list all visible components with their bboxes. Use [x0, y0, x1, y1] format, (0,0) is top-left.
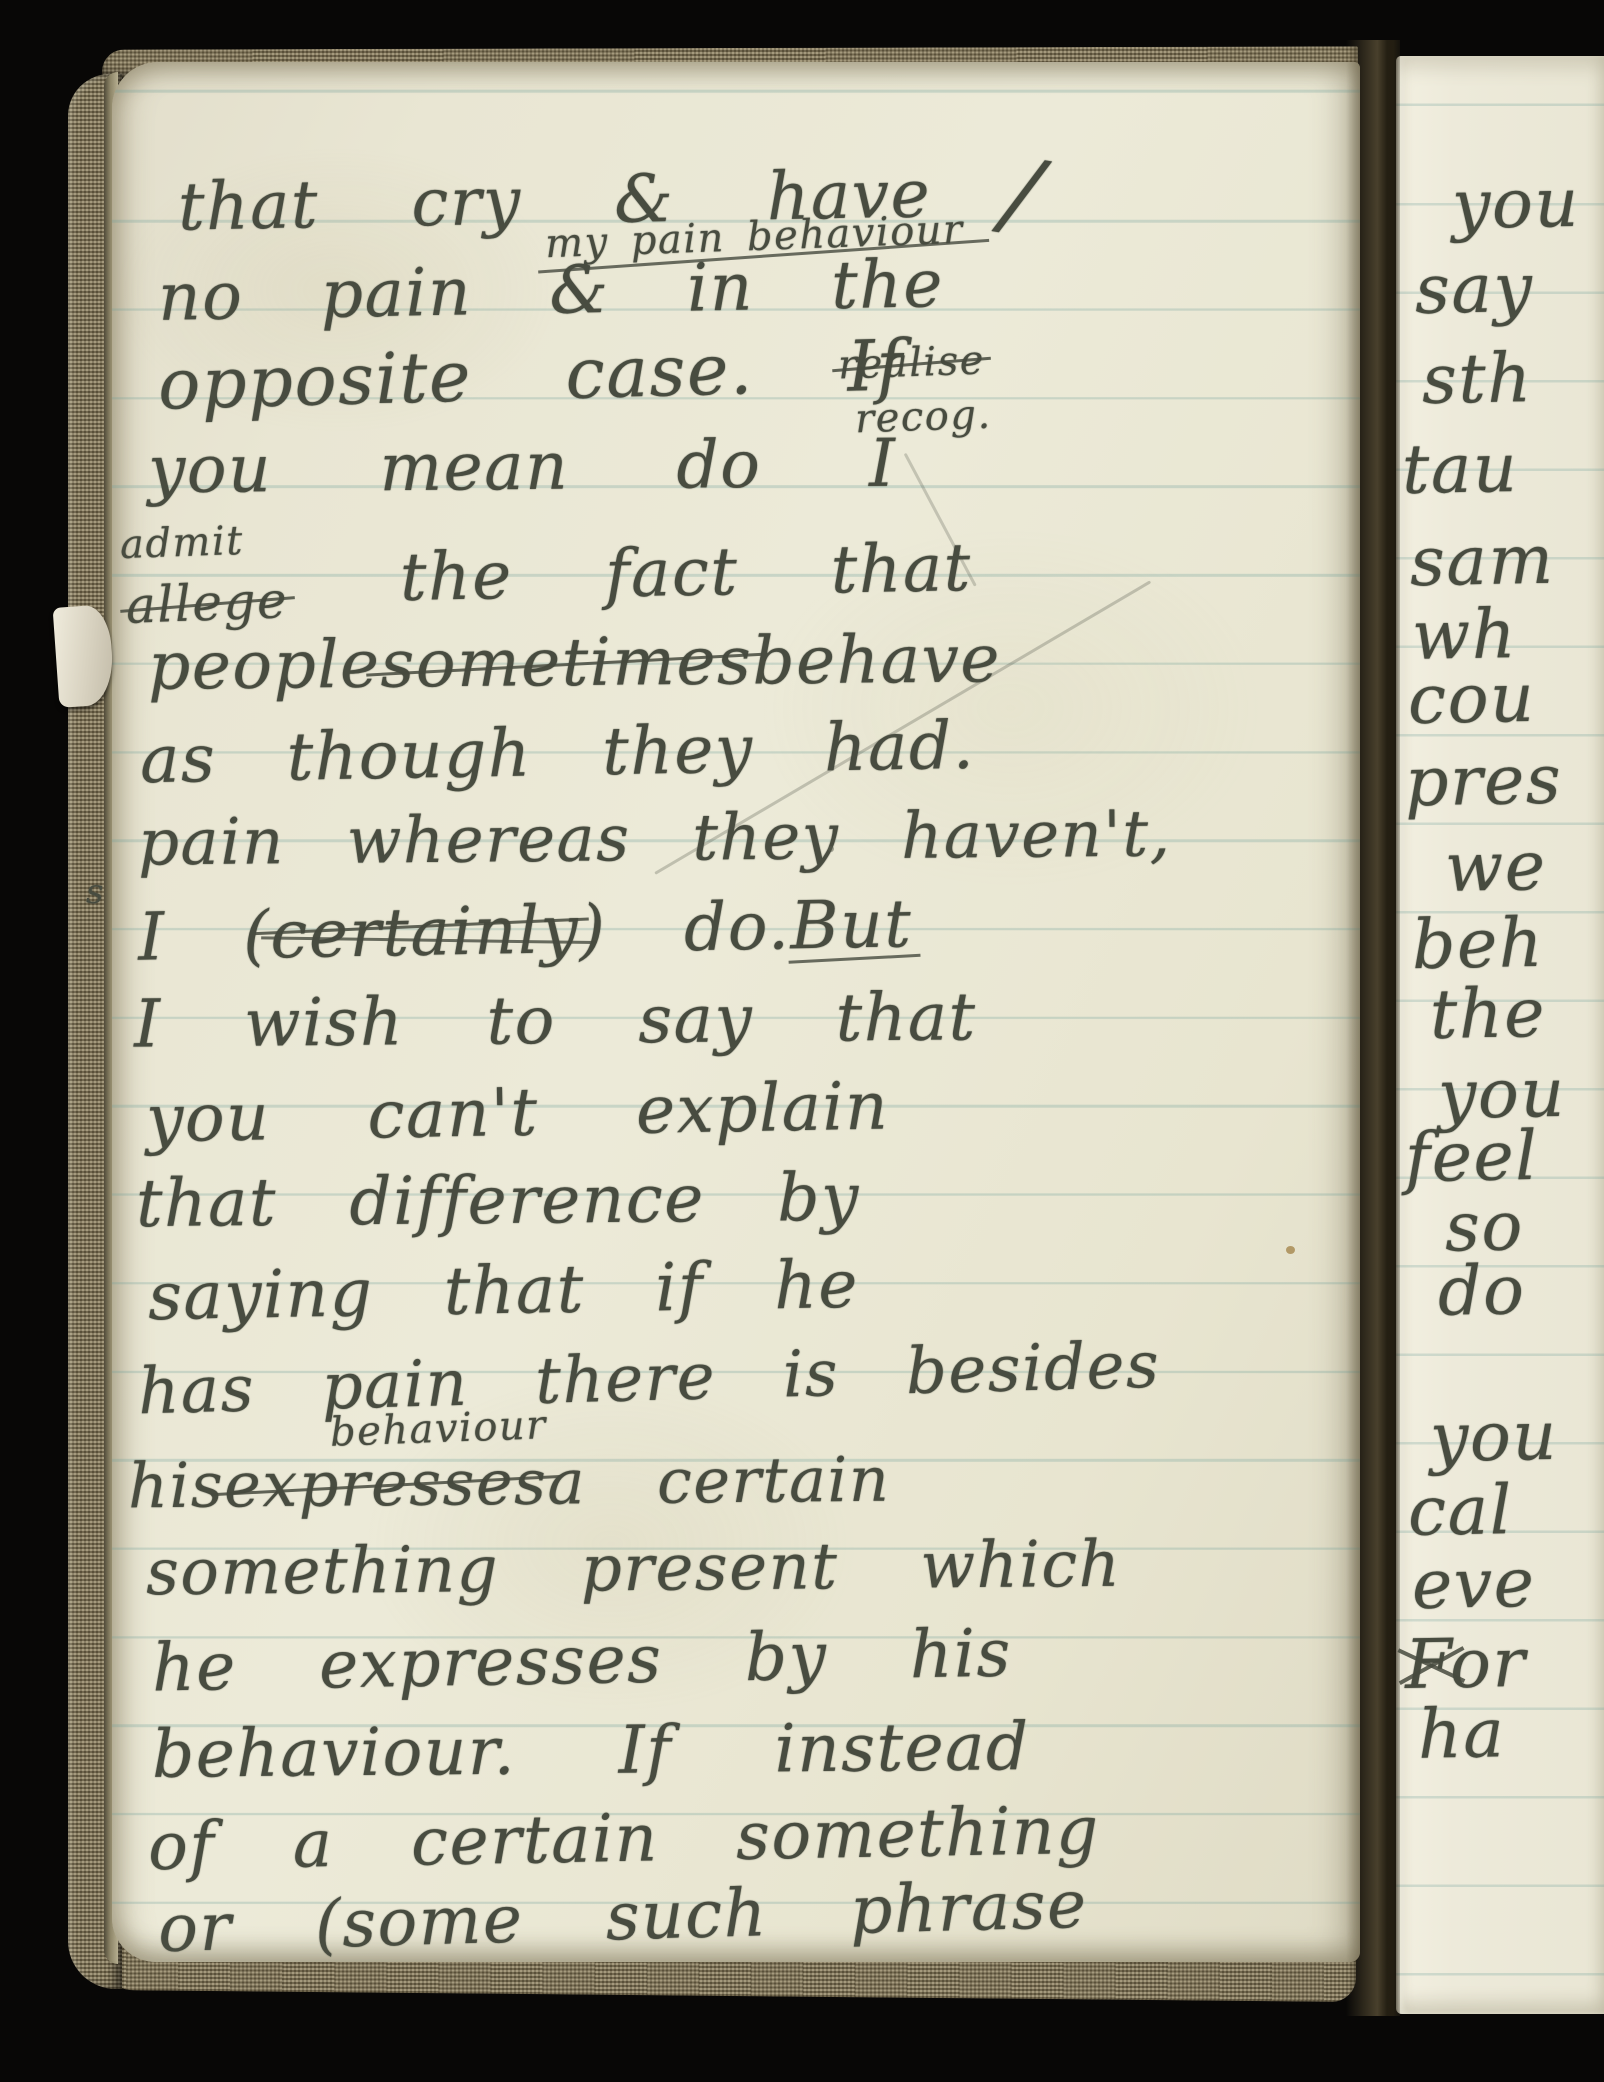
notebook-photo: that cry & havemy pain behaviour/no pain…: [0, 0, 1604, 2082]
stray-pencil-marks: [0, 0, 1604, 2082]
stray-pencil-stroke: [654, 580, 1151, 874]
paper-spot: [828, 846, 834, 852]
stray-pencil-stroke: [904, 453, 977, 587]
paper-spot: [1286, 1246, 1295, 1254]
